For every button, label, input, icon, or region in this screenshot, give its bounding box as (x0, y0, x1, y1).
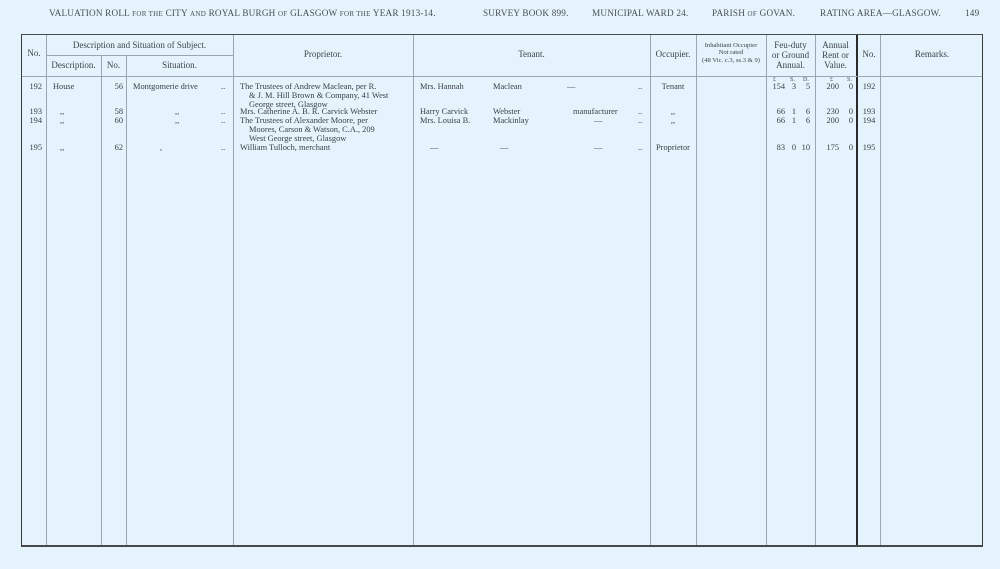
row-proprietor: William Tulloch, merchant (240, 143, 330, 152)
row-no-right: 192 (858, 82, 880, 91)
row-tenant-first: — (430, 143, 438, 152)
row-feu-pounds: 154 (766, 82, 785, 91)
row-description: ,, (60, 143, 64, 152)
row-tenant-designation: manufacturer (573, 107, 618, 116)
header-annual-rent-line2: Rent or (815, 50, 856, 60)
header-remarks: Remarks. (880, 49, 984, 59)
rule-situation (233, 35, 234, 545)
row-street-no: 56 (101, 82, 123, 91)
header-proprietor: Proprietor. (233, 49, 413, 59)
row-no: 193 (22, 107, 42, 116)
rule-no (46, 35, 47, 545)
row-situation-leader: .. (221, 116, 225, 125)
header-inhabitant-line1: Inhabitant Occupier (696, 42, 766, 49)
row-rent-shillings: 0 (839, 116, 853, 125)
row-situation: , (160, 143, 162, 152)
row-situation: ,, (175, 116, 179, 125)
title-year: YEAR 1913-14. (373, 8, 436, 18)
row-no: 192 (22, 82, 42, 91)
rule-no-right (880, 35, 881, 545)
header-description: Description. (46, 60, 101, 70)
header-inhabitant: Inhabitant Occupier Not rated (48 Vic. c… (696, 42, 766, 64)
row-rent-pounds: 230 (815, 107, 839, 116)
row-feu-shillings: 1 (785, 107, 796, 116)
header-occupier: Occupier. (650, 49, 696, 59)
row-no: 195 (22, 143, 42, 152)
row-tenant-leader: .. (638, 116, 642, 125)
row-rent-shillings: 0 (839, 107, 853, 116)
row-rent-shillings: 0 (839, 82, 853, 91)
header-annual-rent-line1: Annual (815, 40, 856, 50)
running-head: VALUATION ROLL FOR THE CITY AND ROYAL BU… (0, 8, 1000, 22)
row-description: House (53, 82, 74, 91)
header-street-no: No. (101, 60, 126, 70)
row-feu-shillings: 1 (785, 116, 796, 125)
row-description: ,, (60, 107, 64, 116)
municipal-ward: MUNICIPAL WARD 24. (592, 8, 688, 18)
row-description: ,, (60, 116, 64, 125)
row-feu-pence: 10 (796, 143, 810, 152)
header-feu-duty-line3: Annual. (766, 60, 815, 70)
row-tenant-last: Webster (493, 107, 520, 116)
proprietor-line: Mrs. Catherine A. B. R. Carvick Webster (240, 107, 377, 116)
row-tenant-first: Harry Carvick (420, 107, 468, 116)
row-tenant-last: Maclean (493, 82, 522, 91)
page-number: 149 (965, 8, 979, 18)
row-tenant-designation: — (594, 116, 602, 125)
row-rent-shillings: 0 (839, 143, 853, 152)
header-no-right: No. (858, 49, 880, 59)
rule-description (101, 55, 102, 545)
parish: PARISH OF GOVAN. (712, 8, 795, 18)
row-tenant-leader: .. (638, 107, 642, 116)
title-for-the-2: FOR THE (340, 10, 371, 18)
proprietor-line: Moores, Carson & Watson, C.A., 209 (240, 125, 410, 134)
proprietor-line: & J. M. Hill Brown & Company, 41 West (240, 91, 410, 100)
roll-title: VALUATION ROLL FOR THE CITY AND ROYAL BU… (49, 8, 436, 18)
row-proprietor: The Trustees of Andrew Maclean, per R. &… (240, 82, 410, 109)
parish-of: OF (748, 10, 758, 18)
row-occupier: Tenant (650, 82, 696, 91)
parish-name: GOVAN. (760, 8, 796, 18)
row-occupier: Proprietor (650, 143, 696, 152)
header-subject-group: Description and Situation of Subject. (46, 40, 233, 50)
row-feu-pounds: 66 (766, 116, 785, 125)
survey-book: SURVEY BOOK 899. (483, 8, 569, 18)
rating-area: RATING AREA—GLASGOW. (820, 8, 941, 18)
row-feu-shillings: 0 (785, 143, 796, 152)
rule-header-bottom (22, 76, 982, 77)
row-rent-pounds: 200 (815, 116, 839, 125)
row-street-no: 60 (101, 116, 123, 125)
row-feu-pounds: 83 (766, 143, 785, 152)
title-for-the: FOR THE (132, 10, 163, 18)
row-situation-leader: .. (221, 82, 225, 91)
row-situation: ,, (175, 107, 179, 116)
row-tenant-last: — (500, 143, 508, 152)
header-annual-rent-line3: Value. (815, 60, 856, 70)
row-proprietor: Mrs. Catherine A. B. R. Carvick Webster (240, 107, 377, 116)
header-feu-duty-line1: Feu-duty (766, 40, 815, 50)
parish-label: PARISH (712, 8, 745, 18)
header-no: No. (22, 48, 46, 58)
rule-subject-group (46, 55, 233, 56)
row-feu-pence: 6 (796, 116, 810, 125)
title-royal-burgh: ROYAL BURGH (209, 8, 276, 18)
row-tenant-designation: — (567, 82, 575, 91)
row-no: 194 (22, 116, 42, 125)
row-feu-pence: 6 (796, 107, 810, 116)
proprietor-line: The Trustees of Andrew Maclean, per R. (240, 82, 410, 91)
title-city: CITY (166, 8, 188, 18)
valuation-table: No. Description and Situation of Subject… (21, 34, 983, 547)
rule-proprietor (413, 35, 414, 545)
row-no-right: 194 (858, 116, 880, 125)
row-rent-pounds: 200 (815, 82, 839, 91)
title-of: OF (278, 10, 288, 18)
row-no-right: 195 (858, 143, 880, 152)
row-tenant-leader: .. (638, 82, 642, 91)
header-inhabitant-line2: Not rated (696, 49, 766, 56)
row-street-no: 62 (101, 143, 123, 152)
title-and: AND (190, 10, 206, 18)
title-valuation-roll: VALUATION ROLL (49, 8, 130, 18)
header-feu-duty-line2: or Ground (766, 50, 815, 60)
row-tenant-leader: .. (638, 143, 642, 152)
row-rent-pounds: 175 (815, 143, 839, 152)
row-no-right: 193 (858, 107, 880, 116)
row-feu-pence: 5 (796, 82, 810, 91)
rule-street-no (126, 55, 127, 545)
header-inhabitant-line3: (48 Vic. c.3, ss.3 & 9) (696, 57, 766, 64)
proprietor-line: West George street, Glasgow (240, 134, 410, 143)
rule-occupier (696, 35, 697, 545)
row-feu-shillings: 3 (785, 82, 796, 91)
header-situation: Situation. (126, 60, 233, 70)
row-street-no: 58 (101, 107, 123, 116)
row-occupier: ,, (650, 116, 696, 125)
row-tenant-first: Mrs. Louisa B. (420, 116, 470, 125)
row-occupier: ,, (650, 107, 696, 116)
row-tenant-last: Mackinlay (493, 116, 529, 125)
row-proprietor: The Trustees of Alexander Moore, per Moo… (240, 116, 410, 143)
proprietor-line: The Trustees of Alexander Moore, per (240, 116, 410, 125)
header-annual-rent: Annual Rent or Value. (815, 40, 856, 70)
proprietor-line: William Tulloch, merchant (240, 143, 330, 152)
row-tenant-designation: — (594, 143, 602, 152)
row-tenant-first: Mrs. Hannah (420, 82, 464, 91)
row-situation: Montgomerie drive (133, 82, 198, 91)
header-tenant: Tenant. (413, 49, 650, 59)
header-feu-duty: Feu-duty or Ground Annual. (766, 40, 815, 70)
title-glasgow: GLASGOW (290, 8, 337, 18)
row-situation-leader: .. (221, 107, 225, 116)
row-situation-leader: .. (221, 143, 225, 152)
row-feu-pounds: 66 (766, 107, 785, 116)
